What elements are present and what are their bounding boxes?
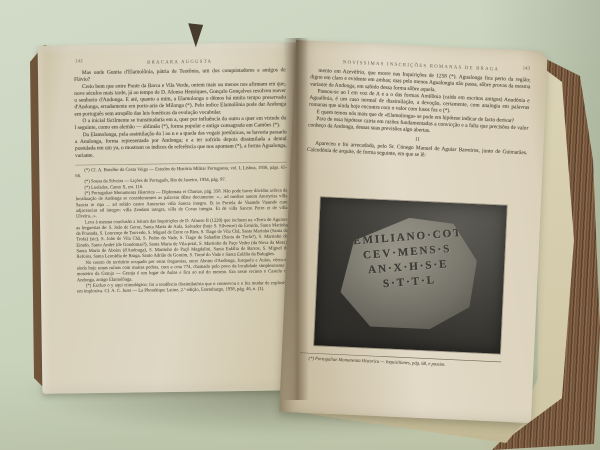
footnote: No centro do território ocupado por esta…	[77, 257, 289, 283]
left-page: 142 BRACARA AUGUSTA Mas onde Guntia d'El…	[38, 42, 305, 394]
left-page-number: 142	[75, 58, 83, 64]
inscription-line: AN·X·H·S·E	[330, 255, 487, 282]
left-running-head: BRACARA AUGUSTA	[147, 58, 212, 65]
left-page-header: 142 BRACARA AUGUSTA	[74, 54, 286, 64]
inscription-line: AEMILIANO·COTI	[328, 225, 485, 252]
inscription-line: CEV·MENS·S	[329, 240, 486, 267]
open-book-photograph: 142 BRACARA AUGUSTA Mas onde Guntia d'El…	[0, 0, 600, 450]
right-page-number: 143	[523, 65, 530, 71]
inscription-line: S·T·T·L	[331, 270, 488, 297]
left-footnotes-block: (*) Cf. A. Botelho da Costa Veiga — Estu…	[75, 162, 288, 295]
left-paragraph: Creio bem que entre Ponte da Barca e Vil…	[74, 80, 286, 117]
right-footnote-block: (*) Portugaliae Monumenta Historica — In…	[299, 352, 501, 370]
footnote: (*) Portugaliae Monumenta Historica — Di…	[76, 188, 288, 220]
inscribed-stone: AEMILIANO·COTI CEV·MENS·S AN·X·H·S·E S·T…	[328, 207, 489, 341]
right-page-content: NOVÍSSIMAS INSCRIÇÕES ROMANAS DE BRAGA 1…	[307, 55, 531, 164]
left-paragraph: Da Elamolonga, pela assimilação do l ao …	[75, 129, 287, 159]
inscription-photo: AEMILIANO·COTI CEV·MENS·S AN·X·H·S·E S·T…	[314, 197, 507, 353]
footnote: Leva à mesma conclusão a leitura das Inq…	[76, 217, 288, 260]
left-page-content: 142 BRACARA AUGUSTA Mas onde Guntia d'El…	[74, 54, 289, 294]
photo-footnote: (*) Portugaliae Monumenta Historica — In…	[299, 355, 501, 370]
bookmark-notch	[186, 23, 203, 47]
footnote: (*) Excluo o y aqui etimológico; foi a t…	[77, 280, 289, 294]
right-page: NOVÍSSIMAS INSCRIÇÕES ROMANAS DE BRAGA 1…	[279, 40, 548, 423]
stone-inscription: AEMILIANO·COTI CEV·MENS·S AN·X·H·S·E S·T…	[328, 225, 488, 297]
